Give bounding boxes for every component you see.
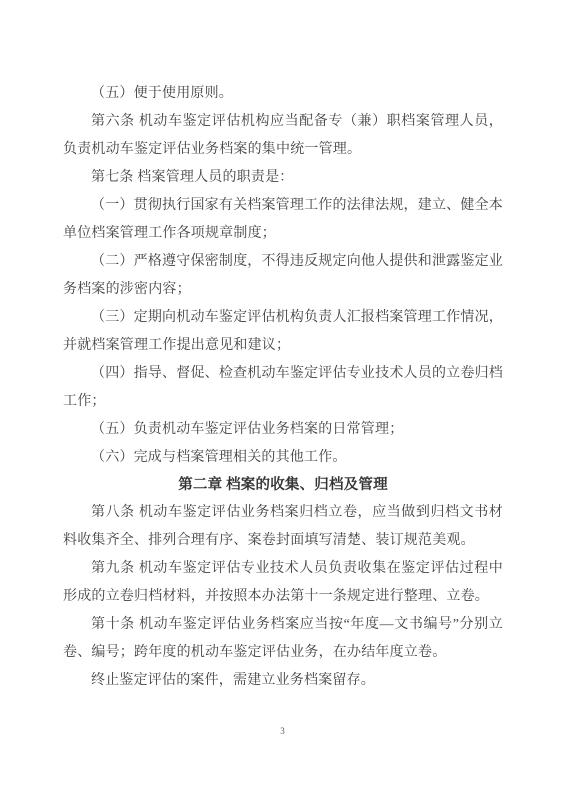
paragraph: （二）严格遵守保密制度，不得违反规定向他人提供和泄露鉴定业务档案的涉密内容； (63, 248, 503, 304)
paragraph: （一）贯彻执行国家有关档案管理工作的法律法规，建立、健全本单位档案管理工作各项规… (63, 192, 503, 248)
page-number: 3 (0, 725, 565, 737)
paragraph: （五）便于使用原则。 (63, 80, 503, 108)
paragraph: 第八条 机动车鉴定评估业务档案归档立卷，应当做到归档文书材料收集齐全、排列合理有… (63, 499, 503, 555)
paragraph: （六）完成与档案管理相关的其他工作。 (63, 444, 503, 472)
paragraph: 第七条 档案管理人员的职责是： (63, 164, 503, 192)
paragraph: 第十条 机动车鉴定评估业务档案应当按“年度—文书编号”分别立卷、编号；跨年度的机… (63, 611, 503, 667)
chapter-heading: 第二章 档案的收集、归档及管理 (63, 472, 503, 499)
paragraph: （三）定期向机动车鉴定评估机构负责人汇报档案管理工作情况，并就档案管理工作提出意… (63, 304, 503, 360)
document-page: （五）便于使用原则。 第六条 机动车鉴定评估机构应当配备专（兼）职档案管理人员，… (0, 0, 565, 800)
paragraph: 第六条 机动车鉴定评估机构应当配备专（兼）职档案管理人员，负责机动车鉴定评估业务… (63, 108, 503, 164)
paragraph: （五）负责机动车鉴定评估业务档案的日常管理； (63, 416, 503, 444)
paragraph: （四）指导、督促、检查机动车鉴定评估专业技术人员的立卷归档工作； (63, 360, 503, 416)
paragraph: 第九条 机动车鉴定评估专业技术人员负责收集在鉴定评估过程中形成的立卷归档材料，并… (63, 555, 503, 611)
paragraph: 终止鉴定评估的案件，需建立业务档案留存。 (63, 667, 503, 695)
document-body: （五）便于使用原则。 第六条 机动车鉴定评估机构应当配备专（兼）职档案管理人员，… (63, 80, 503, 695)
